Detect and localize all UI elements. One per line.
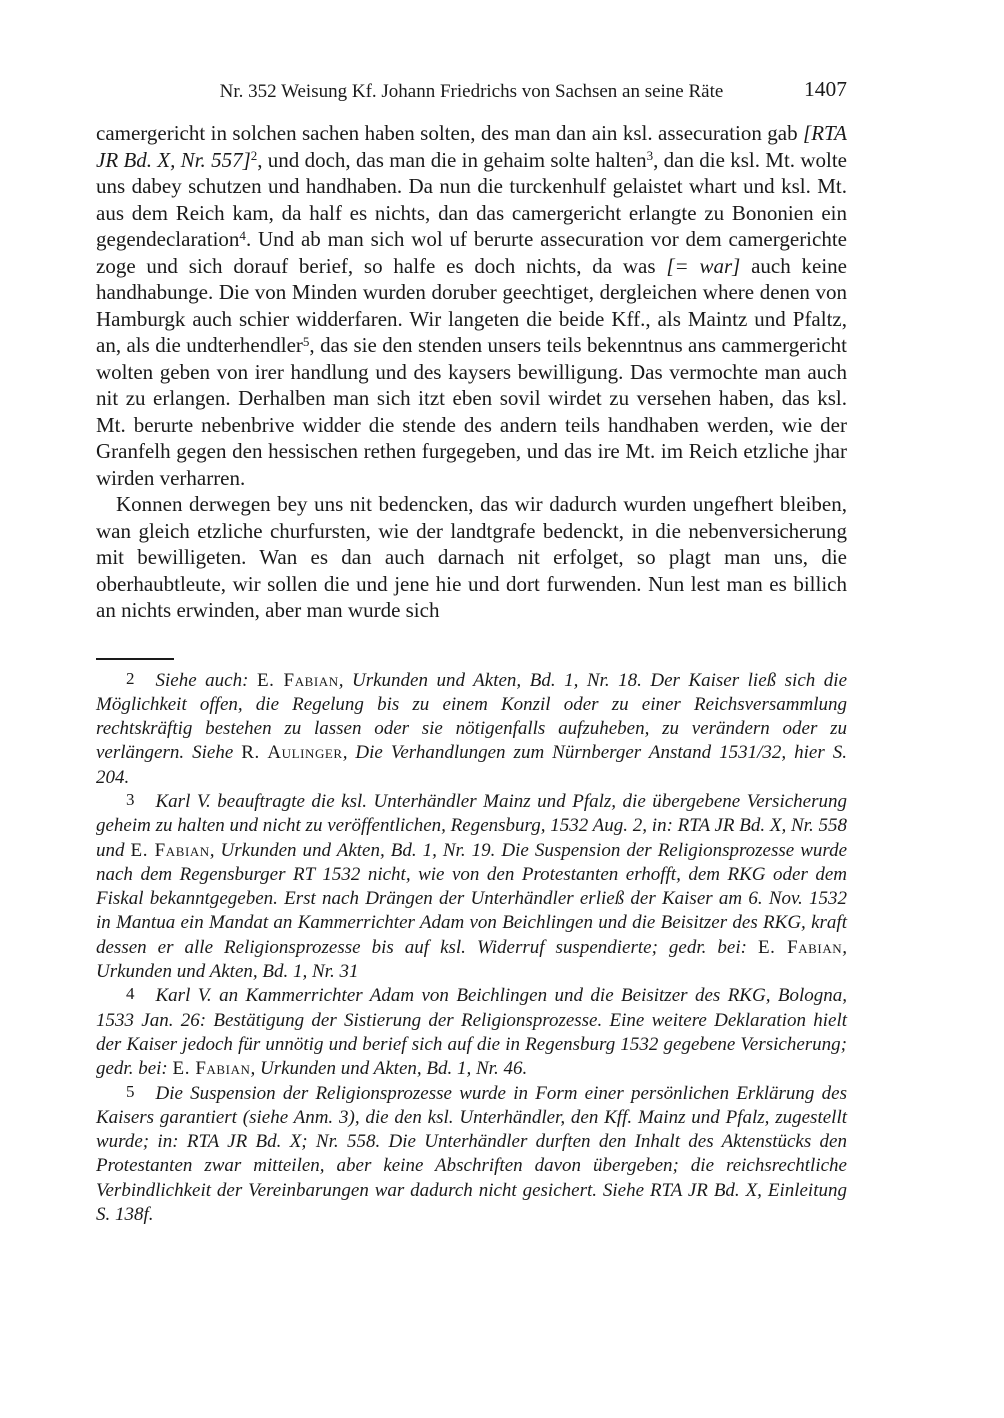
- text-segment: Die Suspension der Religionsprozesse wur…: [96, 1083, 847, 1225]
- footnote: 2Siehe auch: E. Fabian, Urkunden und Akt…: [96, 669, 847, 790]
- page-number: 1407: [804, 76, 847, 103]
- footnotes-list: 2Siehe auch: E. Fabian, Urkunden und Akt…: [96, 669, 847, 1228]
- body-paragraphs: camergericht in solchen sachen haben sol…: [96, 120, 847, 624]
- page-header: Nr. 352 Weisung Kf. Johann Friedrichs vo…: [96, 78, 847, 105]
- text-segment: E. Fabian: [257, 670, 339, 691]
- text-segment: R. Aulinger: [241, 742, 342, 763]
- footnote-reference: 5: [303, 334, 310, 349]
- paragraph: Konnen derwegen bey uns nit bedencken, d…: [96, 491, 847, 624]
- footnote-number: 3: [126, 790, 156, 809]
- paragraph: camergericht in solchen sachen haben sol…: [96, 120, 847, 491]
- footnote-reference: 2: [251, 148, 258, 163]
- text-segment: , und doch, das man die in gehaim solte …: [257, 148, 646, 172]
- footnote: 3Karl V. beauftragte die ksl. Unterhändl…: [96, 790, 847, 984]
- footnote: 4Karl V. an Kammerrichter Adam von Beich…: [96, 984, 847, 1081]
- text-segment: Siehe auch:: [156, 670, 257, 691]
- text-segment: [= war]: [666, 254, 740, 278]
- text-segment: E. Fabian: [758, 937, 842, 958]
- footnotes-section: 2Siehe auch: E. Fabian, Urkunden und Akt…: [96, 658, 847, 1228]
- running-head: Nr. 352 Weisung Kf. Johann Friedrichs vo…: [96, 78, 847, 105]
- footnote: 5Die Suspension der Religionsprozesse wu…: [96, 1082, 847, 1228]
- footnote-number: 2: [126, 669, 156, 688]
- footnote-separator: [96, 658, 174, 660]
- text-segment: , Urkunden und Akten, Bd. 1, Nr. 46.: [250, 1058, 527, 1079]
- footnote-number: 5: [126, 1082, 156, 1101]
- footnote-reference: 3: [647, 148, 654, 163]
- text-segment: E. Fabian: [173, 1058, 251, 1079]
- text-segment: camergericht in solchen sachen haben sol…: [96, 121, 803, 145]
- text-segment: E. Fabian: [131, 840, 210, 861]
- text-segment: Konnen derwegen bey uns nit bedencken, d…: [96, 492, 847, 622]
- footnote-reference: 4: [239, 228, 246, 243]
- footnote-number: 4: [126, 984, 156, 1003]
- book-page: Nr. 352 Weisung Kf. Johann Friedrichs vo…: [0, 0, 1004, 1418]
